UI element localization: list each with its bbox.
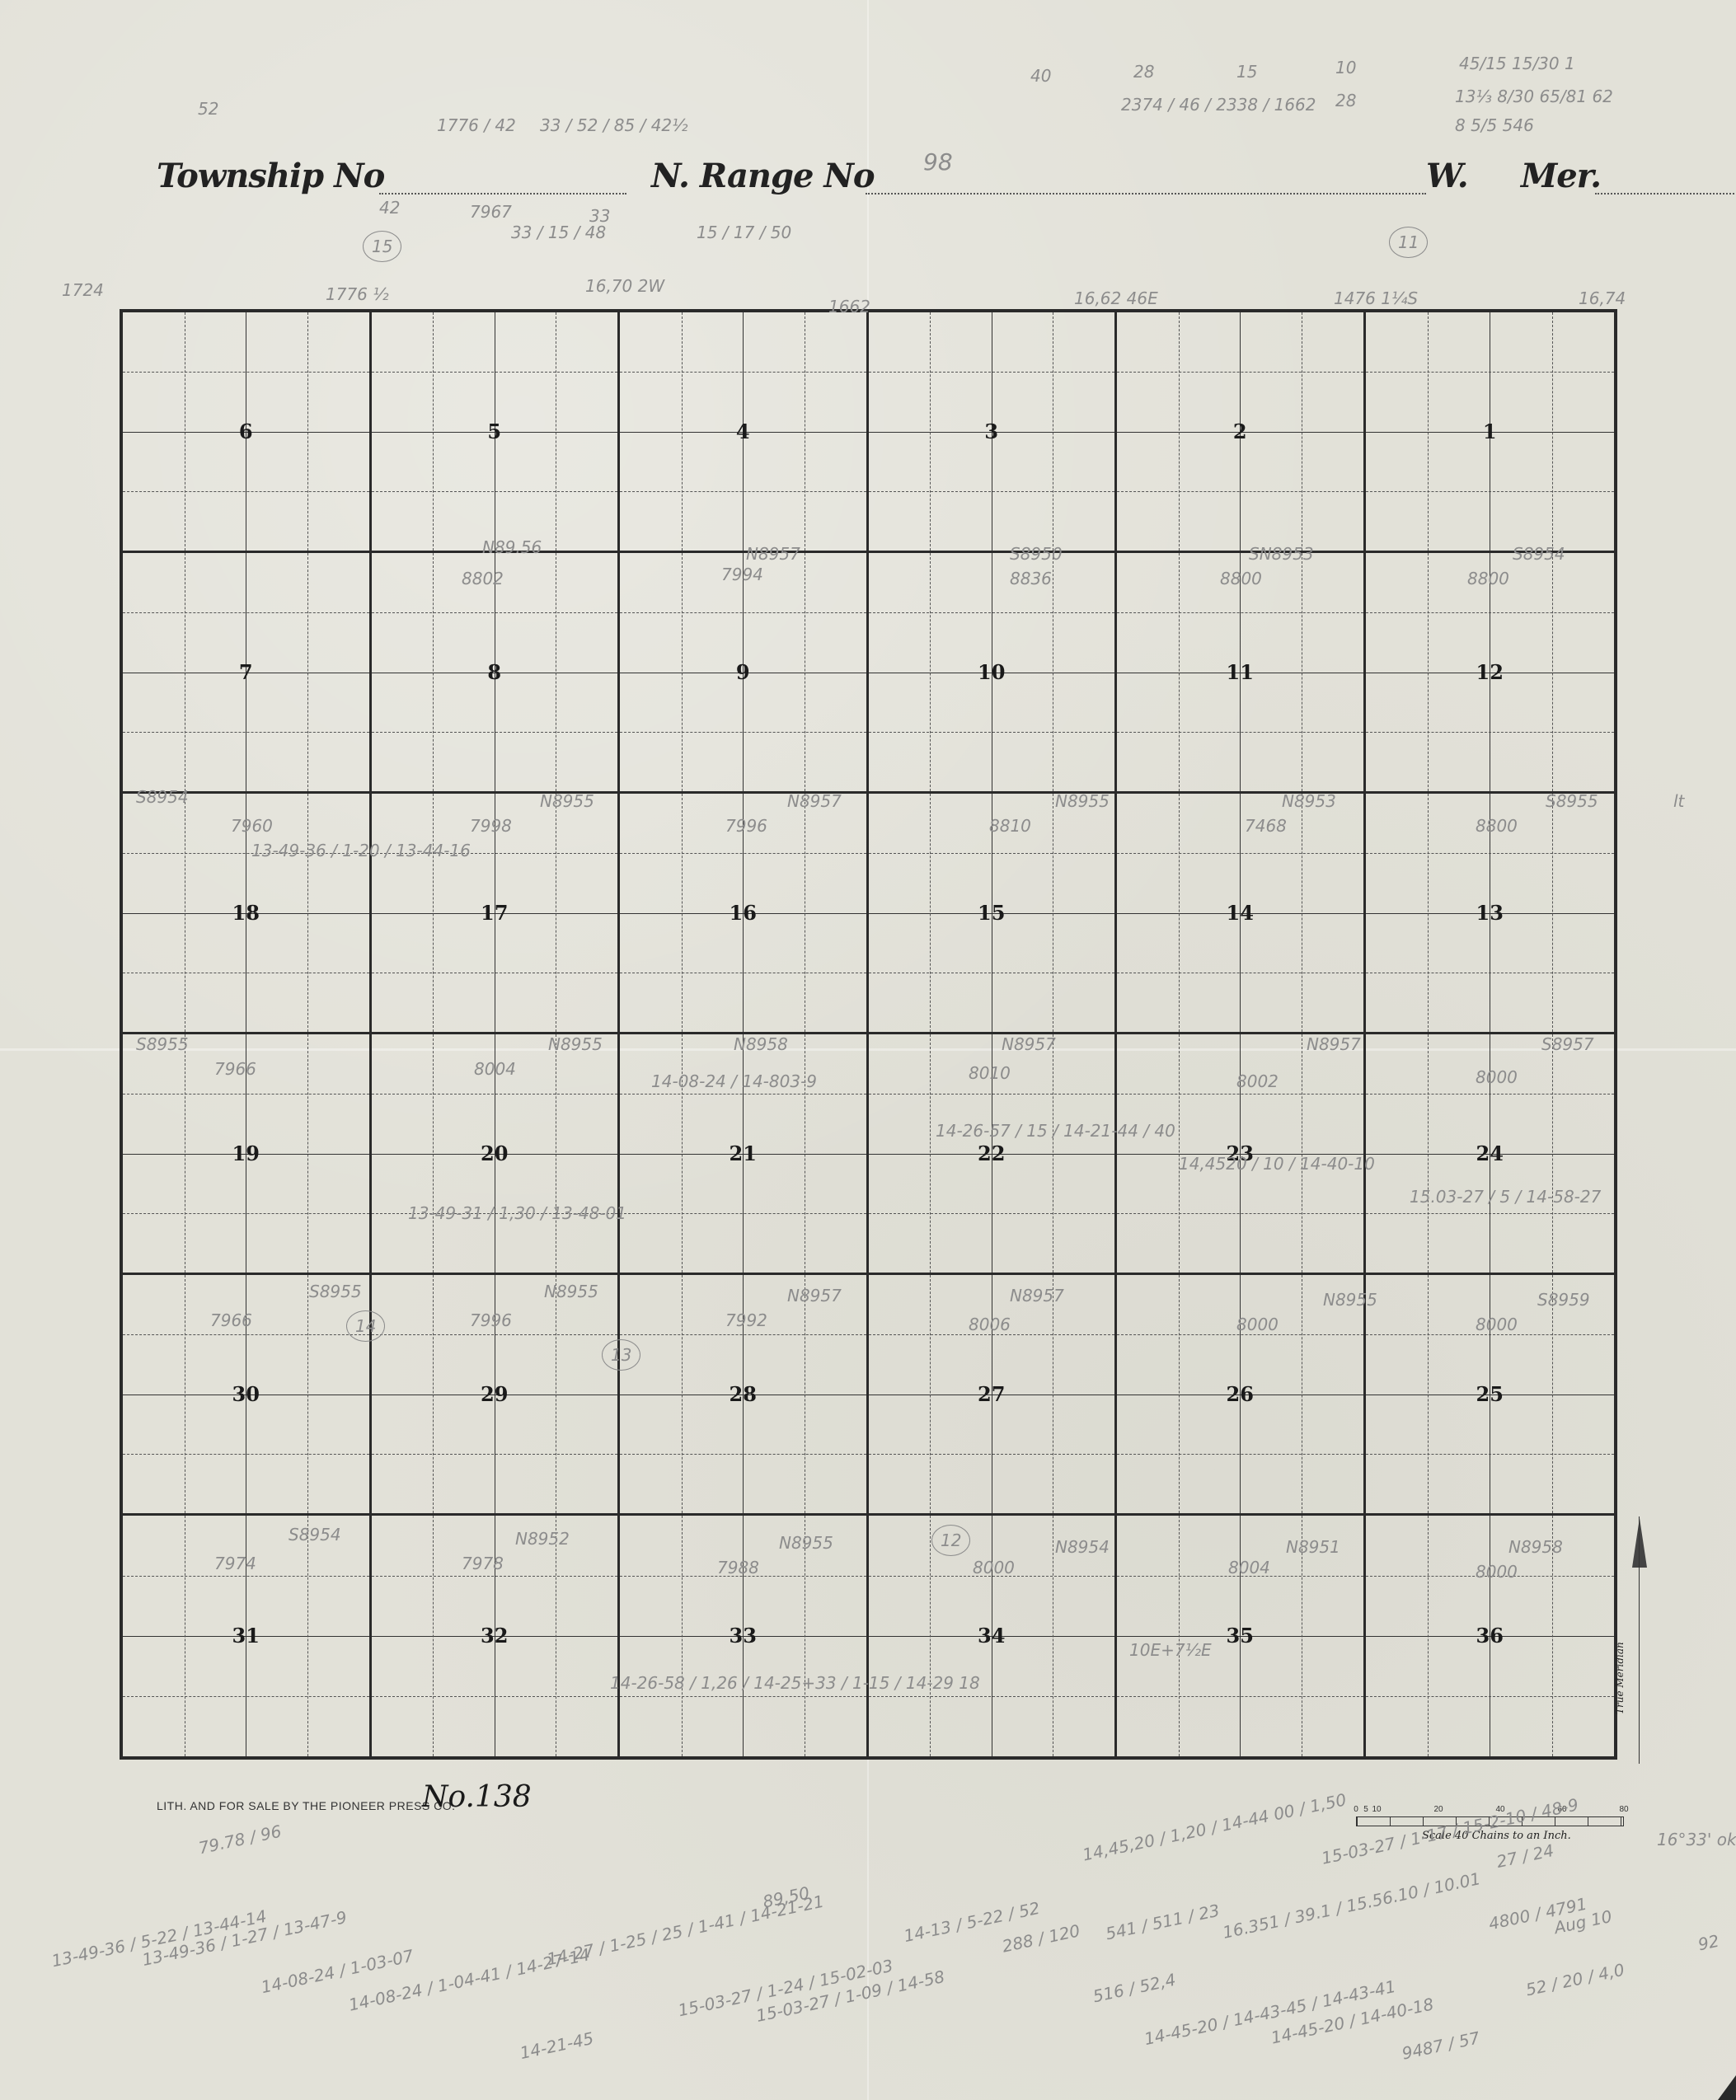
- pencil-note: 2374 / 46 / 2338 / 1662: [1121, 95, 1316, 115]
- section-number: 6: [237, 422, 255, 442]
- pencil-note: 8800: [1220, 569, 1262, 588]
- sixteenth-line: [682, 794, 683, 1032]
- pencil-note: 7996: [725, 816, 767, 836]
- pencil-note: 7994: [721, 565, 763, 584]
- sixteenth-line: [123, 491, 369, 492]
- section-number: 8: [486, 663, 503, 682]
- sixteenth-line: [1117, 1454, 1363, 1455]
- pencil-note: 1776 ½: [326, 284, 389, 304]
- section-25: 25: [1366, 1275, 1615, 1516]
- sixteenth-line: [556, 1275, 556, 1513]
- sixteenth-line: [620, 973, 866, 973]
- pencil-note: 10: [1335, 58, 1356, 77]
- pencil-note: 16,62 46E: [1074, 288, 1158, 308]
- pencil-note: 14-26-57 / 15 / 14-21-44 / 40: [936, 1121, 1175, 1141]
- sixteenth-line: [869, 372, 1115, 373]
- scale-tick: 0: [1354, 1805, 1358, 1814]
- sixteenth-line: [372, 973, 618, 973]
- sixteenth-line: [433, 312, 434, 551]
- pencil-note: 288 / 120: [1001, 1920, 1082, 1956]
- sixteenth-line: [123, 973, 369, 973]
- sixteenth-line: [123, 1696, 369, 1697]
- section-number: 13: [1475, 903, 1505, 923]
- sixteenth-line: [123, 1576, 369, 1577]
- sixteenth-line: [1053, 794, 1053, 1032]
- sixteenth-line: [433, 1275, 434, 1513]
- pencil-note: 8010: [969, 1063, 1011, 1083]
- section-number: 26: [1225, 1385, 1255, 1404]
- sixteenth-line: [1366, 1334, 1615, 1335]
- pencil-note: 15.03-27 / 5 / 14-58-27: [1410, 1187, 1601, 1207]
- pencil-note: N8955: [1055, 791, 1110, 811]
- section-number: 27: [976, 1385, 1006, 1404]
- section-number: 15: [976, 903, 1006, 923]
- pencil-note: 7978: [462, 1554, 504, 1573]
- sixteenth-line: [620, 612, 866, 613]
- sixteenth-line: [123, 732, 369, 733]
- sixteenth-line: [805, 312, 805, 551]
- pencil-note: 16,70 2W: [585, 276, 664, 296]
- section-number: 30: [231, 1385, 261, 1404]
- pencil-note: 1776 / 42: [437, 115, 516, 135]
- pencil-note: 8000: [1476, 1067, 1518, 1087]
- pencil-note: S8954: [136, 787, 189, 807]
- pencil-note: 16.351 / 39.1 / 15.56.10 / 10.01: [1221, 1868, 1482, 1943]
- pencil-note: 12: [931, 1525, 970, 1556]
- sixteenth-line: [930, 1516, 931, 1756]
- section-number: 4: [734, 422, 752, 442]
- sixteenth-line: [123, 1213, 369, 1214]
- section-number: 28: [728, 1385, 758, 1404]
- section-number: 25: [1475, 1385, 1505, 1404]
- pencil-note: S8954: [289, 1525, 341, 1545]
- pencil-note: 92: [1696, 1931, 1721, 1955]
- sixteenth-line: [620, 853, 866, 854]
- sixteenth-line: [1117, 732, 1363, 733]
- section-27: 27: [869, 1275, 1118, 1516]
- section-number: 19: [231, 1144, 261, 1164]
- sixteenth-line: [1117, 853, 1363, 854]
- section-11: 11: [1117, 553, 1366, 794]
- pencil-note: 8004: [1228, 1558, 1270, 1577]
- sixteenth-line: [1428, 553, 1429, 791]
- section-9: 9: [620, 553, 869, 794]
- sixteenth-line: [433, 1516, 434, 1756]
- sixteenth-line: [372, 491, 618, 492]
- pencil-note: 14-26-58 / 1,26 / 14-25+33 / 1-15 / 14-2…: [610, 1673, 980, 1693]
- sixteenth-line: [1117, 612, 1363, 613]
- sixteenth-line: [1428, 1516, 1429, 1756]
- pencil-note: 14: [346, 1310, 385, 1342]
- pencil-note: 13⅓ 8/30 65/81 62: [1455, 87, 1613, 106]
- scale-tick: 80: [1619, 1805, 1628, 1814]
- pencil-note: 7988: [717, 1558, 759, 1577]
- pencil-note: 7960: [231, 816, 273, 836]
- sixteenth-line: [1117, 973, 1363, 973]
- sixteenth-line: [433, 794, 434, 1032]
- township-label: Township No: [157, 157, 384, 195]
- sixteenth-line: [307, 1516, 308, 1756]
- section-number: 12: [1475, 663, 1505, 682]
- sixteenth-line: [185, 553, 185, 791]
- sixteenth-line: [620, 1094, 866, 1095]
- sixteenth-line: [869, 491, 1115, 492]
- section-number: 16: [728, 903, 758, 923]
- pencil-note: 9487 / 57: [1401, 2027, 1482, 2063]
- sixteenth-line: [1428, 1275, 1429, 1513]
- pencil-note: 7468: [1245, 816, 1287, 836]
- pencil-note: N8957: [787, 1286, 842, 1305]
- section-number: 24: [1475, 1144, 1505, 1164]
- pencil-note: 79.78 / 96: [197, 1821, 284, 1859]
- section-number: 18: [231, 903, 261, 923]
- pencil-note: 1662: [828, 297, 870, 316]
- sixteenth-line: [1366, 1696, 1615, 1697]
- pencil-note: SN8953: [1249, 544, 1314, 564]
- pencil-note: 33 / 15 / 48: [511, 223, 606, 242]
- sixteenth-line: [185, 1034, 185, 1273]
- pencil-note: S8950: [1010, 544, 1063, 564]
- sixteenth-line: [123, 1334, 369, 1335]
- sixteenth-line: [307, 794, 308, 1032]
- sixteenth-line: [185, 1516, 185, 1756]
- sixteenth-line: [123, 372, 369, 373]
- sixteenth-line: [930, 1034, 931, 1273]
- pencil-note: 7966: [214, 1059, 256, 1079]
- pencil-note: 7992: [725, 1310, 767, 1330]
- pencil-note: N8955: [544, 1282, 598, 1301]
- pencil-note: 15 / 17 / 50: [697, 223, 791, 242]
- pencil-note: S8955: [309, 1282, 362, 1301]
- pencil-note: lt: [1673, 791, 1684, 811]
- section-8: 8: [372, 553, 621, 794]
- sixteenth-line: [1366, 853, 1615, 854]
- pencil-note: N8958: [734, 1034, 788, 1054]
- pencil-note: 8000: [1476, 1315, 1518, 1334]
- sixteenth-line: [307, 1034, 308, 1273]
- section-number: 21: [728, 1144, 758, 1164]
- sixteenth-line: [372, 732, 618, 733]
- sixteenth-line: [869, 612, 1115, 613]
- sixteenth-line: [1552, 794, 1553, 1032]
- pencil-note: 7996: [470, 1310, 512, 1330]
- sixteenth-line: [372, 1334, 618, 1335]
- pencil-note: 14-08-24 / 14-803-9: [651, 1071, 817, 1091]
- sixteenth-line: [1366, 372, 1615, 373]
- pencil-note: 8800: [1476, 816, 1518, 836]
- sixteenth-line: [1552, 1034, 1553, 1273]
- pencil-note: 8000: [1476, 1562, 1518, 1582]
- section-31: 31: [123, 1516, 372, 1756]
- sixteenth-line: [682, 1034, 683, 1273]
- section-10: 10: [869, 553, 1118, 794]
- pencil-note: 33 / 52 / 85 / 42½: [540, 115, 688, 135]
- pencil-note: 8836: [1010, 569, 1052, 588]
- sixteenth-line: [185, 312, 185, 551]
- sixteenth-line: [1117, 1213, 1363, 1214]
- pencil-note: 8000: [973, 1558, 1015, 1577]
- sixteenth-line: [1053, 1034, 1053, 1273]
- sixteenth-line: [1053, 553, 1053, 791]
- section-number: 31: [231, 1626, 261, 1646]
- sixteenth-line: [1117, 1334, 1363, 1335]
- pencil-note: N8955: [1323, 1290, 1377, 1310]
- section-number: 36: [1475, 1626, 1505, 1646]
- sixteenth-line: [1179, 794, 1180, 1032]
- sixteenth-line: [556, 553, 556, 791]
- section-number: 20: [479, 1144, 509, 1164]
- sixteenth-line: [372, 1094, 618, 1095]
- sixteenth-line: [1366, 491, 1615, 492]
- section-number: 14: [1225, 903, 1255, 923]
- pencil-note: 11: [1389, 227, 1428, 258]
- sixteenth-line: [307, 1275, 308, 1513]
- sixteenth-line: [1302, 794, 1302, 1032]
- sixteenth-line: [1302, 553, 1302, 791]
- sixteenth-line: [869, 853, 1115, 854]
- pencil-note: 7974: [214, 1554, 256, 1573]
- pencil-note: 1476 1¼S: [1334, 288, 1418, 308]
- sixteenth-line: [869, 973, 1115, 973]
- sixteenth-line: [930, 794, 931, 1032]
- scale-tick: 20: [1433, 1805, 1443, 1814]
- section-21: 21: [620, 1034, 869, 1275]
- section-number: 7: [237, 663, 255, 682]
- pencil-note: 14,45,20 / 1,20 / 14-44 00 / 1,50: [1081, 1789, 1348, 1864]
- pencil-note: S8957: [1541, 1034, 1594, 1054]
- sixteenth-line: [869, 1696, 1115, 1697]
- pencil-note: 541 / 511 / 23: [1104, 1901, 1222, 1944]
- pencil-note: N8955: [548, 1034, 603, 1054]
- sixteenth-line: [1366, 973, 1615, 973]
- sixteenth-line: [620, 1213, 866, 1214]
- township-number-field: [379, 193, 626, 195]
- pencil-note: 14,4520 / 10 / 14-40-10: [1179, 1154, 1375, 1174]
- pencil-note: 28: [1133, 62, 1154, 82]
- sixteenth-line: [869, 1334, 1115, 1335]
- pencil-note: S8959: [1537, 1290, 1590, 1310]
- sixteenth-line: [869, 1213, 1115, 1214]
- pencil-note: 8006: [969, 1315, 1011, 1334]
- sixteenth-line: [620, 1454, 866, 1455]
- publisher-credit: LITH. AND FOR SALE BY THE PIONEER PRESS …: [157, 1799, 456, 1812]
- sixteenth-line: [1179, 553, 1180, 791]
- sixteenth-line: [1366, 732, 1615, 733]
- sixteenth-line: [869, 1094, 1115, 1095]
- sixteenth-line: [123, 612, 369, 613]
- section-number: 34: [976, 1626, 1006, 1646]
- sixteenth-line: [682, 1516, 683, 1756]
- sixteenth-line: [620, 1696, 866, 1697]
- pencil-note: N8952: [515, 1529, 570, 1549]
- sixteenth-line: [185, 794, 185, 1032]
- sixteenth-line: [682, 553, 683, 791]
- sixteenth-line: [682, 312, 683, 551]
- sixteenth-line: [372, 1696, 618, 1697]
- section-number: 10: [976, 663, 1006, 682]
- sixteenth-line: [1302, 1275, 1302, 1513]
- sixteenth-line: [1366, 612, 1615, 613]
- pencil-note: 42: [379, 198, 400, 218]
- sixteenth-line: [556, 312, 556, 551]
- sixteenth-line: [1117, 491, 1363, 492]
- section-4: 4: [620, 312, 869, 553]
- pencil-note: 8000: [1236, 1315, 1279, 1334]
- pencil-note: N8951: [1286, 1537, 1340, 1557]
- section-number: 29: [479, 1385, 509, 1404]
- sixteenth-line: [1053, 312, 1053, 551]
- sixteenth-line: [185, 1275, 185, 1513]
- pencil-note: 14-21-45: [518, 2028, 595, 2063]
- sixteenth-line: [805, 1034, 805, 1273]
- sixteenth-line: [1552, 312, 1553, 551]
- sixteenth-line: [869, 1454, 1115, 1455]
- meridian-label: Mer.: [1521, 157, 1601, 195]
- sixteenth-line: [556, 794, 556, 1032]
- pencil-note: N8955: [540, 791, 594, 811]
- sixteenth-line: [123, 1454, 369, 1455]
- sixteenth-line: [307, 553, 308, 791]
- pencil-note: S8955: [136, 1034, 189, 1054]
- range-number-field: [866, 193, 1426, 195]
- section-number: 17: [479, 903, 509, 923]
- sixteenth-line: [307, 312, 308, 551]
- sixteenth-line: [930, 1275, 931, 1513]
- pencil-note: 7966: [210, 1310, 252, 1330]
- pencil-note: 16°33' ok: [1657, 1830, 1736, 1849]
- section-number: 32: [479, 1626, 509, 1646]
- pencil-note: 52: [198, 99, 218, 119]
- section-1: 1: [1366, 312, 1615, 553]
- section-26: 26: [1117, 1275, 1366, 1516]
- pencil-note: 45/15 15/30 1: [1459, 54, 1575, 73]
- pencil-note: 516 / 52,4: [1091, 1970, 1178, 2007]
- pencil-note: N8958: [1508, 1537, 1563, 1557]
- section-32: 32: [372, 1516, 621, 1756]
- pencil-note: N89.56: [482, 537, 542, 557]
- section-number: 2: [1232, 422, 1249, 442]
- sixteenth-line: [1428, 1034, 1429, 1273]
- pencil-note: 8800: [1467, 569, 1509, 588]
- sixteenth-line: [372, 1454, 618, 1455]
- sixteenth-line: [1053, 1275, 1053, 1513]
- pencil-note: 52 / 20 / 4,0: [1524, 1960, 1626, 2000]
- scale-tick: 10: [1372, 1805, 1381, 1814]
- sixteenth-line: [433, 1034, 434, 1273]
- township-grid: 6543217891011121817161514131920212223243…: [120, 309, 1617, 1760]
- sixteenth-line: [556, 1034, 556, 1273]
- sixteenth-line: [1366, 1213, 1615, 1214]
- sixteenth-line: [682, 1275, 683, 1513]
- section-number: 9: [734, 663, 752, 682]
- sixteenth-line: [1117, 1696, 1363, 1697]
- sixteenth-line: [556, 1516, 556, 1756]
- pencil-note: 16,74: [1579, 288, 1626, 308]
- pencil-note: 8002: [1236, 1071, 1279, 1091]
- sixteenth-line: [1428, 794, 1429, 1032]
- form-number: No.138: [422, 1780, 532, 1814]
- sixteenth-line: [1179, 1275, 1180, 1513]
- section-14: 14: [1117, 794, 1366, 1034]
- section-number: 22: [976, 1144, 1006, 1164]
- sixteenth-line: [1428, 312, 1429, 551]
- pencil-note: 7967: [470, 202, 512, 222]
- pencil-note: 8 5/5 546: [1455, 115, 1534, 135]
- pencil-note: N8955: [779, 1533, 833, 1553]
- pencil-note: 7998: [470, 816, 512, 836]
- true-meridian-line: [1639, 1516, 1640, 1764]
- meridian-field: [1595, 193, 1736, 195]
- sixteenth-line: [1552, 1275, 1553, 1513]
- pencil-note: 13-49-31 / 1,30 / 13-48-01: [408, 1203, 626, 1223]
- pencil-note: S8955: [1546, 791, 1598, 811]
- section-36: 36: [1366, 1516, 1615, 1756]
- sixteenth-line: [620, 372, 866, 373]
- pencil-note: 13: [602, 1339, 640, 1371]
- sixteenth-line: [1117, 372, 1363, 373]
- pencil-note: 8810: [989, 816, 1031, 836]
- pencil-note: N8957: [746, 544, 800, 564]
- sixteenth-line: [805, 1275, 805, 1513]
- north-arrow-icon: [1632, 1518, 1647, 1568]
- pencil-note: 28: [1335, 91, 1356, 110]
- plat-header: Township No N. Range No 98 W. Mer.: [157, 157, 1599, 206]
- sixteenth-line: [805, 794, 805, 1032]
- section-number: 35: [1225, 1626, 1255, 1646]
- sixteenth-line: [372, 1576, 618, 1577]
- section-number: 5: [486, 422, 503, 442]
- sixteenth-line: [1366, 1454, 1615, 1455]
- sixteenth-line: [1552, 553, 1553, 791]
- true-meridian-label: True Meridian: [1614, 1642, 1626, 1714]
- section-number: 1: [1481, 422, 1499, 442]
- pencil-note: N8954: [1055, 1537, 1110, 1557]
- sixteenth-line: [372, 612, 618, 613]
- sixteenth-line: [1179, 312, 1180, 551]
- section-5: 5: [372, 312, 621, 553]
- section-number: 11: [1225, 663, 1255, 682]
- sixteenth-line: [620, 1334, 866, 1335]
- page-corner: [1718, 2075, 1736, 2100]
- range-label: N. Range No: [651, 157, 875, 195]
- pencil-note: 40: [1030, 66, 1051, 86]
- sixteenth-line: [1053, 1516, 1053, 1756]
- sixteenth-line: [1117, 1094, 1363, 1095]
- sixteenth-line: [805, 553, 805, 791]
- sixteenth-line: [1302, 312, 1302, 551]
- sixteenth-line: [1179, 1516, 1180, 1756]
- pencil-note: 10E+7½E: [1129, 1640, 1212, 1660]
- sixteenth-line: [930, 312, 931, 551]
- pencil-note: 27 / 24: [1494, 1840, 1555, 1872]
- pencil-note: N8957: [787, 791, 842, 811]
- sixteenth-line: [620, 491, 866, 492]
- range-value: 98: [923, 148, 953, 176]
- sixteenth-line: [433, 553, 434, 791]
- sixteenth-line: [620, 732, 866, 733]
- sixteenth-line: [123, 1094, 369, 1095]
- pencil-note: N8957: [1307, 1034, 1361, 1054]
- pencil-note: N8957: [1010, 1286, 1064, 1305]
- pencil-note: 13-49-36 / 1-20 / 13-44-16: [251, 841, 471, 860]
- section-3: 3: [869, 312, 1118, 553]
- pencil-note: S8954: [1513, 544, 1565, 564]
- sixteenth-line: [930, 553, 931, 791]
- west-label: W.: [1426, 157, 1468, 195]
- section-number: 3: [983, 422, 1000, 442]
- pencil-note: 15: [363, 231, 401, 262]
- pencil-note: 15: [1236, 62, 1257, 82]
